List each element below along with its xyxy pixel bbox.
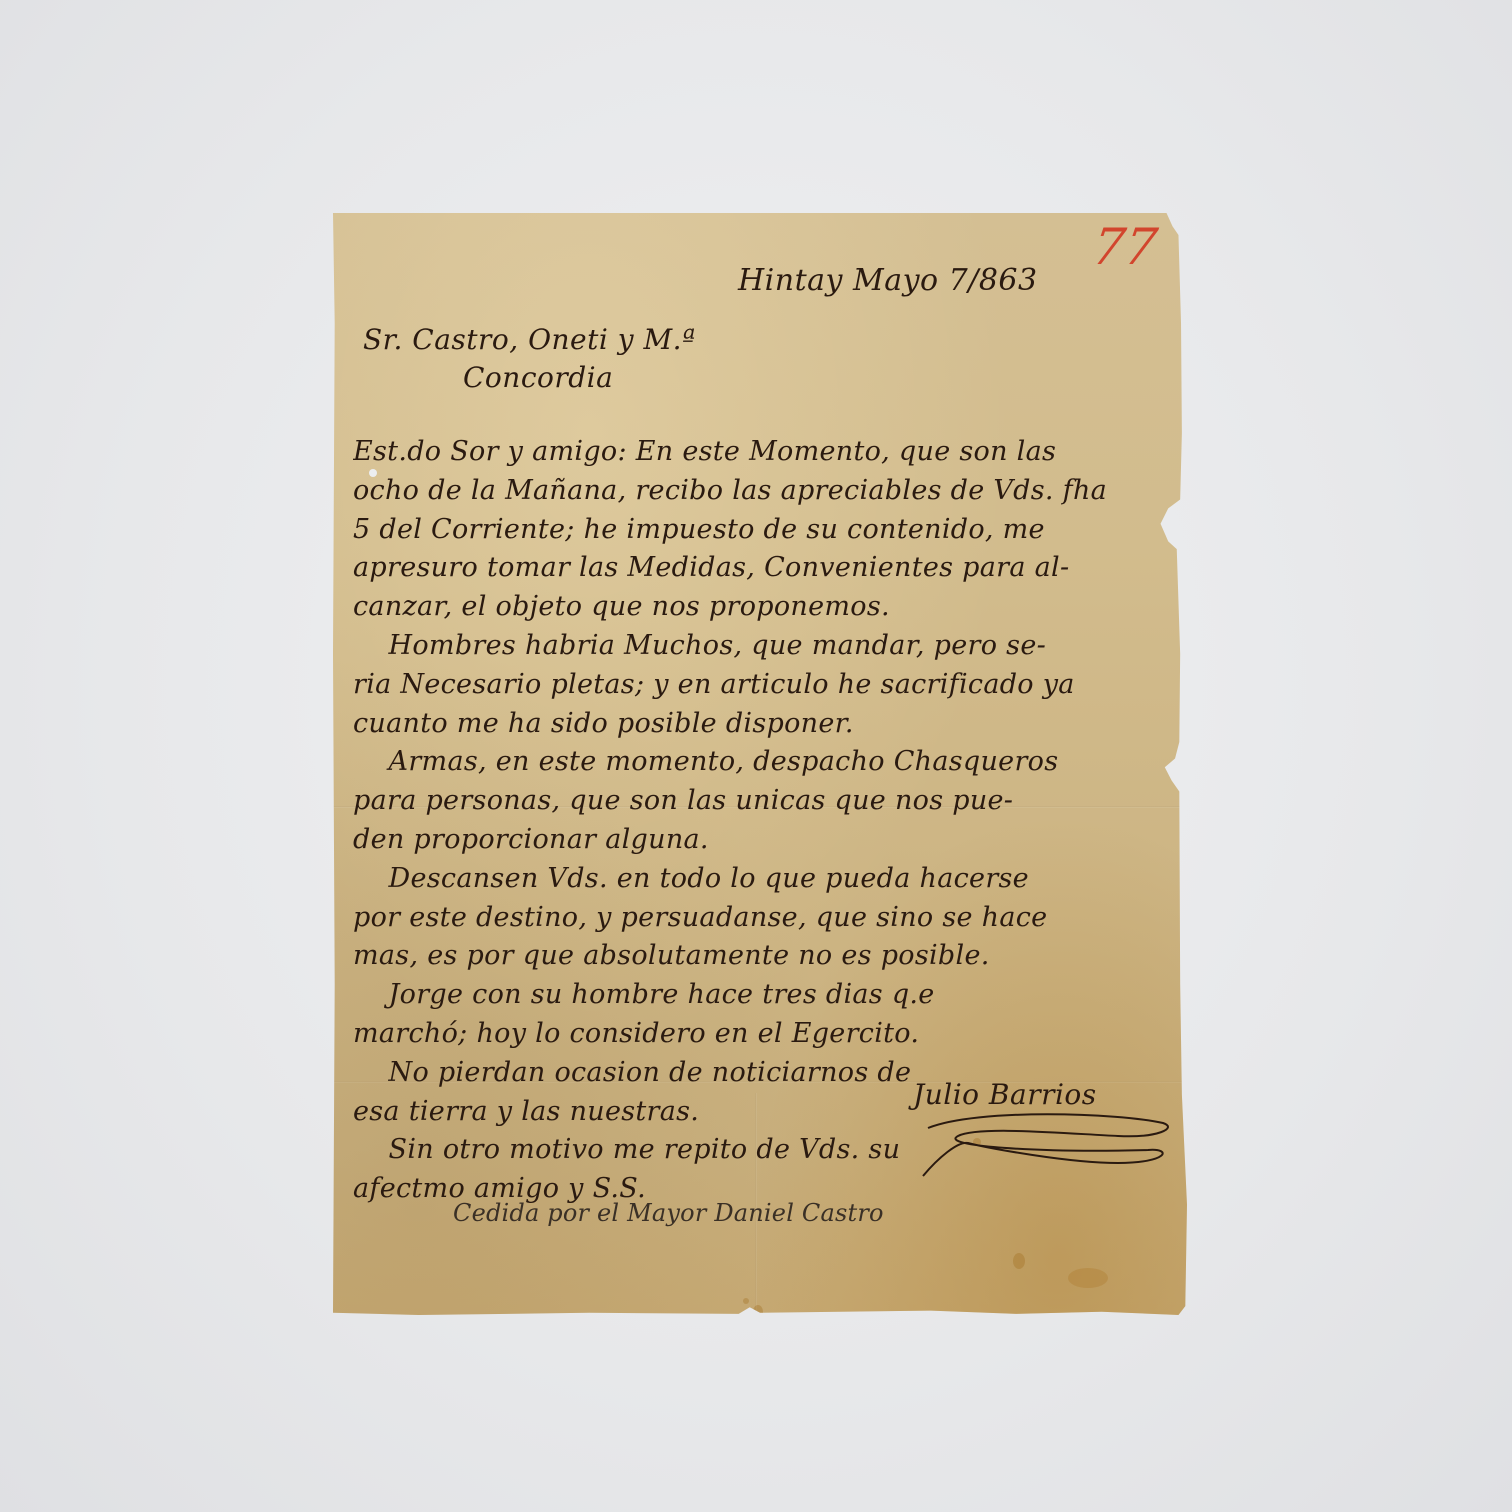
archival-note: Cedida por el Mayor Daniel Castro [453,1199,884,1227]
body-line: den proporcionar alguna. [353,821,1173,860]
addressee-line-2: Concordia [463,361,613,394]
archive-number: 77 [1089,218,1161,276]
body-line: 5 del Corriente; he impuesto de su conte… [353,511,1173,550]
body-line: Hombres habria Muchos, que mandar, pero … [353,627,1173,666]
signature-flourish-icon [918,1108,1178,1178]
stain [1068,1268,1108,1288]
body-line: marchó; hoy lo considero en el Egercito. [353,1015,1173,1054]
body-line: ocho de la Mañana, recibo las apreciable… [353,472,1173,511]
body-line: cuanto me ha sido posible disponer. [353,705,1173,744]
signature: Julio Barrios [913,1078,1097,1111]
body-line: ria Necesario pletas; y en articulo he s… [353,666,1173,705]
body-line: mas, es por que absolutamente no es posi… [353,937,1173,976]
body-line: Jorge con su hombre hace tres dias q.e [353,976,1173,1015]
body-line: apresuro tomar las Medidas, Convenientes… [353,549,1173,588]
addressee-line-1: Sr. Castro, Oneti y M.ª [363,323,696,356]
body-line: para personas, que son las unicas que no… [353,782,1173,821]
body-line: Armas, en este momento, despacho Chasque… [353,743,1173,782]
body-line: por este destino, y persuadanse, que sin… [353,899,1173,938]
body-line: Descansen Vds. en todo lo que pueda hace… [353,860,1173,899]
stain [743,1298,749,1304]
stain [1013,1253,1025,1269]
body-line: canzar, el objeto que nos proponemos. [353,588,1173,627]
stain [753,1305,763,1319]
dateline: Hintay Mayo 7/863 [738,263,1038,298]
body-line: Est.do Sor y amigo: En este Momento, que… [353,433,1173,472]
letter-paper: 77 Hintay Mayo 7/863 Sr. Castro, Oneti y… [333,213,1187,1315]
